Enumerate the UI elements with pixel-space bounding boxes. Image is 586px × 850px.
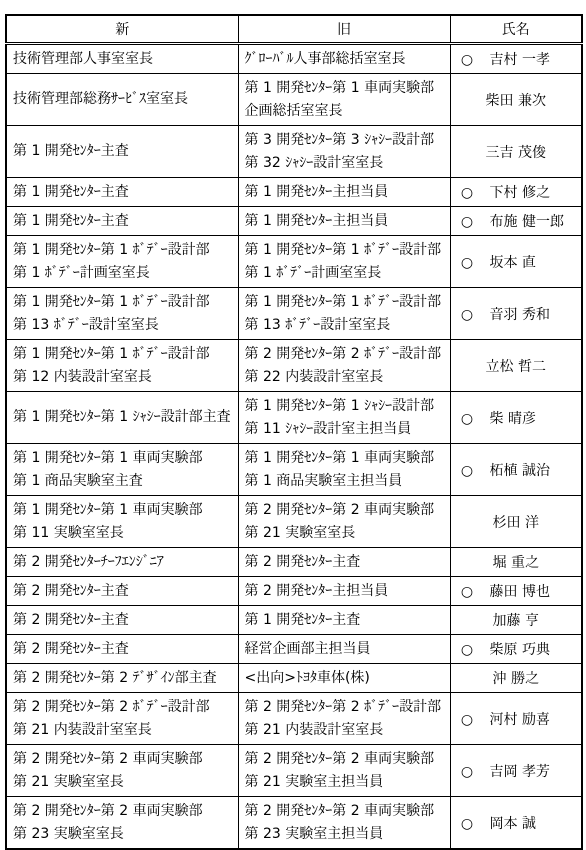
person-name: 吉岡 孝芳 <box>490 764 550 780</box>
table-row: 第 1 開発ｾﾝﾀｰ第 1 車両実験部第 11 実験室室長 第 2 開発ｾﾝﾀｰ… <box>6 496 582 548</box>
person-name: 音羽 秀和 <box>490 307 550 323</box>
new-position-cell: 技術管理部人事室室長 <box>6 44 238 74</box>
name-cell: ○音羽 秀和 <box>450 288 582 340</box>
circle-mark: ○ <box>460 307 475 323</box>
name-cell: ○河村 励喜 <box>450 693 582 745</box>
table-row: 技術管理部人事室室長 ｸﾞﾛｰﾊﾞﾙ人事部総括室室長 ○吉村 一孝 <box>6 44 582 74</box>
table-row: 第 2 開発ｾﾝﾀｰ第 2 ﾎﾞﾃﾞｰ設計部第 21 内装設計室室長 第 2 開… <box>6 693 582 745</box>
new-position-cell: 第 1 開発ｾﾝﾀｰ主査 <box>6 178 238 207</box>
circle-mark: ○ <box>460 214 475 230</box>
person-name: 吉村 一孝 <box>490 52 550 68</box>
table-row: 第 1 開発ｾﾝﾀｰ主査 第 1 開発ｾﾝﾀｰ主担当員 ○布施 健一郎 <box>6 207 582 236</box>
old-position-cell: 第 1 開発ｾﾝﾀｰ第 1 ﾎﾞﾃﾞｰ設計部第 1 ﾎﾞﾃﾞｰ計画室室長 <box>238 236 450 288</box>
new-position-cell: 第 1 開発ｾﾝﾀｰ第 1 ｼｬｼｰ設計部主査 <box>6 392 238 444</box>
personnel-change-table: 新 旧 氏名 技術管理部人事室室長 ｸﾞﾛｰﾊﾞﾙ人事部総括室室長 ○吉村 一孝… <box>5 14 583 850</box>
person-name: 三吉 茂俊 <box>486 145 546 161</box>
table-row: 第 2 開発ｾﾝﾀｰ第 2 車両実験部第 21 実験室室長 第 2 開発ｾﾝﾀｰ… <box>6 745 582 797</box>
old-position-cell: 第 1 開発ｾﾝﾀｰ主担当員 <box>238 207 450 236</box>
name-cell: ○藤田 博也 <box>450 577 582 606</box>
new-position-cell: 第 1 開発ｾﾝﾀｰ第 1 ﾎﾞﾃﾞｰ設計部第 13 ﾎﾞﾃﾞｰ設計室室長 <box>6 288 238 340</box>
name-cell: 沖 勝之 <box>450 664 582 693</box>
new-position-cell: 第 1 開発ｾﾝﾀｰ第 1 ﾎﾞﾃﾞｰ設計部第 12 内装設計室室長 <box>6 340 238 392</box>
table-row: 第 2 開発ｾﾝﾀｰ第 2 ﾃﾞｻﾞｲﾝ部主査 <出向>ﾄﾖﾀ車体(株) 沖 勝… <box>6 664 582 693</box>
new-position-cell: 第 1 開発ｾﾝﾀｰ主査 <box>6 207 238 236</box>
old-position-cell: 第 2 開発ｾﾝﾀｰ第 2 ﾎﾞﾃﾞｰ設計部第 22 内装設計室室長 <box>238 340 450 392</box>
new-position-cell: 第 2 開発ｾﾝﾀｰ第 2 ﾃﾞｻﾞｲﾝ部主査 <box>6 664 238 693</box>
person-name: 下村 修之 <box>490 185 550 201</box>
table-row: 第 2 開発ｾﾝﾀｰﾁｰﾌｴﾝｼﾞﾆｱ 第 2 開発ｾﾝﾀｰ主査 堀 重之 <box>6 548 582 577</box>
circle-mark: ○ <box>460 411 475 427</box>
column-header-new: 新 <box>6 15 238 44</box>
person-name: 沖 勝之 <box>493 671 539 687</box>
old-position-cell: 経営企画部主担当員 <box>238 635 450 664</box>
circle-mark: ○ <box>460 255 475 271</box>
table-row: 第 1 開発ｾﾝﾀｰ第 1 車両実験部第 1 商品実験室主査 第 1 開発ｾﾝﾀ… <box>6 444 582 496</box>
new-position-cell: 第 2 開発ｾﾝﾀｰ主査 <box>6 577 238 606</box>
name-cell: ○吉村 一孝 <box>450 44 582 74</box>
old-position-cell: 第 1 開発ｾﾝﾀｰ主査 <box>238 606 450 635</box>
table-row: 第 2 開発ｾﾝﾀｰ主査 経営企画部主担当員 ○柴原 巧典 <box>6 635 582 664</box>
table-row: 第 1 開発ｾﾝﾀｰ第 1 ﾎﾞﾃﾞｰ設計部第 12 内装設計室室長 第 2 開… <box>6 340 582 392</box>
old-position-cell: <出向>ﾄﾖﾀ車体(株) <box>238 664 450 693</box>
new-position-cell: 第 2 開発ｾﾝﾀｰ第 2 ﾎﾞﾃﾞｰ設計部第 21 内装設計室室長 <box>6 693 238 745</box>
old-position-cell: 第 1 開発ｾﾝﾀｰ第 1 ｼｬｼｰ設計部第 11 ｼｬｼｰ設計室主担当員 <box>238 392 450 444</box>
name-cell: 加藤 亨 <box>450 606 582 635</box>
table-row: 第 1 開発ｾﾝﾀｰ第 1 ﾎﾞﾃﾞｰ設計部第 13 ﾎﾞﾃﾞｰ設計室室長 第 … <box>6 288 582 340</box>
old-position-cell: 第 2 開発ｾﾝﾀｰ第 2 車両実験部第 23 実験室主担当員 <box>238 797 450 850</box>
table-row: 第 2 開発ｾﾝﾀｰ主査 第 1 開発ｾﾝﾀｰ主査 加藤 亨 <box>6 606 582 635</box>
name-cell: ○柴 晴彦 <box>450 392 582 444</box>
old-position-cell: 第 2 開発ｾﾝﾀｰ主担当員 <box>238 577 450 606</box>
column-header-name: 氏名 <box>450 15 582 44</box>
circle-mark: ○ <box>460 463 475 479</box>
table-row: 第 2 開発ｾﾝﾀｰ主査 第 2 開発ｾﾝﾀｰ主担当員 ○藤田 博也 <box>6 577 582 606</box>
old-position-cell: 第 1 開発ｾﾝﾀｰ主担当員 <box>238 178 450 207</box>
old-position-cell: 第 2 開発ｾﾝﾀｰ第 2 車両実験部第 21 実験室主担当員 <box>238 745 450 797</box>
table-row: 第 1 開発ｾﾝﾀｰ主査 第 1 開発ｾﾝﾀｰ主担当員 ○下村 修之 <box>6 178 582 207</box>
person-name: 柴 晴彦 <box>490 411 536 427</box>
person-name: 柴田 兼次 <box>486 93 546 109</box>
person-name: 柴原 巧典 <box>490 642 550 658</box>
person-name: 岡本 誠 <box>490 816 536 832</box>
circle-mark: ○ <box>460 712 475 728</box>
name-cell: ○岡本 誠 <box>450 797 582 850</box>
new-position-cell: 第 2 開発ｾﾝﾀｰ第 2 車両実験部第 21 実験室室長 <box>6 745 238 797</box>
column-header-old: 旧 <box>238 15 450 44</box>
person-name: 布施 健一郎 <box>490 214 564 230</box>
person-name: 加藤 亨 <box>493 613 539 629</box>
new-position-cell: 技術管理部総務ｻｰﾋﾞｽ室室長 <box>6 74 238 126</box>
table-body: 技術管理部人事室室長 ｸﾞﾛｰﾊﾞﾙ人事部総括室室長 ○吉村 一孝 技術管理部総… <box>6 44 582 850</box>
new-position-cell: 第 1 開発ｾﾝﾀｰ第 1 車両実験部第 11 実験室室長 <box>6 496 238 548</box>
header-row: 新 旧 氏名 <box>6 15 582 44</box>
person-name: 杉田 洋 <box>493 515 539 531</box>
old-position-cell: 第 2 開発ｾﾝﾀｰ第 2 ﾎﾞﾃﾞｰ設計部第 21 内装設計室室長 <box>238 693 450 745</box>
name-cell: ○下村 修之 <box>450 178 582 207</box>
name-cell: ○布施 健一郎 <box>450 207 582 236</box>
new-position-cell: 第 2 開発ｾﾝﾀｰﾁｰﾌｴﾝｼﾞﾆｱ <box>6 548 238 577</box>
person-name: 河村 励喜 <box>490 712 550 728</box>
person-name: 堀 重之 <box>493 555 539 571</box>
person-name: 藤田 博也 <box>490 584 550 600</box>
circle-mark: ○ <box>460 764 475 780</box>
name-cell: ○坂本 直 <box>450 236 582 288</box>
circle-mark: ○ <box>460 52 475 68</box>
circle-mark: ○ <box>460 584 475 600</box>
new-position-cell: 第 1 開発ｾﾝﾀｰ第 1 車両実験部第 1 商品実験室主査 <box>6 444 238 496</box>
new-position-cell: 第 2 開発ｾﾝﾀｰ第 2 車両実験部第 23 実験室室長 <box>6 797 238 850</box>
table-row: 第 1 開発ｾﾝﾀｰ主査 第 3 開発ｾﾝﾀｰ第 3 ｼｬｼｰ設計部第 32 ｼ… <box>6 126 582 178</box>
name-cell: 三吉 茂俊 <box>450 126 582 178</box>
old-position-cell: 第 1 開発ｾﾝﾀｰ第 1 車両実験部第 1 商品実験室主担当員 <box>238 444 450 496</box>
person-name: 柘植 誠治 <box>490 463 550 479</box>
name-cell: 立松 哲二 <box>450 340 582 392</box>
circle-mark: ○ <box>460 642 475 658</box>
new-position-cell: 第 2 開発ｾﾝﾀｰ主査 <box>6 635 238 664</box>
name-cell: ○柘植 誠治 <box>450 444 582 496</box>
table-row: 第 1 開発ｾﾝﾀｰ第 1 ﾎﾞﾃﾞｰ設計部第 1 ﾎﾞﾃﾞｰ計画室室長 第 1… <box>6 236 582 288</box>
new-position-cell: 第 1 開発ｾﾝﾀｰ第 1 ﾎﾞﾃﾞｰ設計部第 1 ﾎﾞﾃﾞｰ計画室室長 <box>6 236 238 288</box>
circle-mark: ○ <box>460 185 475 201</box>
circle-mark: ○ <box>460 816 475 832</box>
person-name: 坂本 直 <box>490 255 536 271</box>
new-position-cell: 第 1 開発ｾﾝﾀｰ主査 <box>6 126 238 178</box>
old-position-cell: ｸﾞﾛｰﾊﾞﾙ人事部総括室室長 <box>238 44 450 74</box>
name-cell: 杉田 洋 <box>450 496 582 548</box>
table-header: 新 旧 氏名 <box>6 15 582 44</box>
old-position-cell: 第 2 開発ｾﾝﾀｰ主査 <box>238 548 450 577</box>
name-cell: ○柴原 巧典 <box>450 635 582 664</box>
name-cell: 柴田 兼次 <box>450 74 582 126</box>
old-position-cell: 第 3 開発ｾﾝﾀｰ第 3 ｼｬｼｰ設計部第 32 ｼｬｼｰ設計室室長 <box>238 126 450 178</box>
name-cell: ○吉岡 孝芳 <box>450 745 582 797</box>
old-position-cell: 第 2 開発ｾﾝﾀｰ第 2 車両実験部第 21 実験室室長 <box>238 496 450 548</box>
old-position-cell: 第 1 開発ｾﾝﾀｰ第 1 ﾎﾞﾃﾞｰ設計部第 13 ﾎﾞﾃﾞｰ設計室室長 <box>238 288 450 340</box>
person-name: 立松 哲二 <box>486 359 546 375</box>
table-row: 第 2 開発ｾﾝﾀｰ第 2 車両実験部第 23 実験室室長 第 2 開発ｾﾝﾀｰ… <box>6 797 582 850</box>
table-row: 技術管理部総務ｻｰﾋﾞｽ室室長 第 1 開発ｾﾝﾀｰ第 1 車両実験部企画総括室… <box>6 74 582 126</box>
old-position-cell: 第 1 開発ｾﾝﾀｰ第 1 車両実験部企画総括室室長 <box>238 74 450 126</box>
table-row: 第 1 開発ｾﾝﾀｰ第 1 ｼｬｼｰ設計部主査 第 1 開発ｾﾝﾀｰ第 1 ｼｬ… <box>6 392 582 444</box>
new-position-cell: 第 2 開発ｾﾝﾀｰ主査 <box>6 606 238 635</box>
name-cell: 堀 重之 <box>450 548 582 577</box>
